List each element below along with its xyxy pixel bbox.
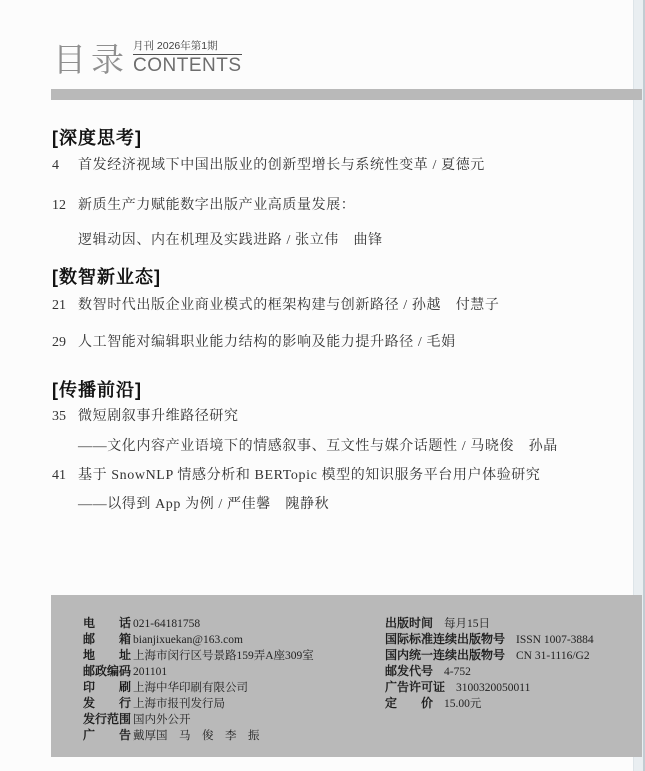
colophon-row-price: 定 价15.00元 <box>385 695 594 711</box>
colophon-row-email: 邮 箱bianjixuekan@163.com <box>83 631 314 647</box>
colophon-label: 发 行 <box>83 695 133 711</box>
article-subtitle: ——文化内容产业语境下的情感叙事、互文性与媒介话题性 / 马晓俊 孙晶 <box>78 439 558 454</box>
contents-page: 目录 月刊 2026年第1期 CONTENTS [深度思考] 4首发经济视域下中… <box>0 0 645 771</box>
colophon-value: CN 31-1116/G2 <box>516 650 590 662</box>
colophon-label: 邮发代号 <box>385 663 433 679</box>
toc-item-line: 12新质生产力赋能数字出版产业高质量发展： <box>52 197 355 215</box>
colophon-label: 邮政编码 <box>83 663 133 679</box>
colophon-row-postal-code: 邮发代号4-752 <box>385 663 594 679</box>
toc-item-line: 4首发经济视域下中国出版业的创新型增长与系统性变革 / 夏德元 <box>52 157 485 175</box>
article-title: 数智时代出版企业商业模式的框架构建与创新路径 / 孙越 付慧子 <box>78 298 500 313</box>
colophon-value: 戴厚国 马 俊 李 振 <box>133 730 260 742</box>
article-subtitle: 逻辑动因、内在机理及实践进路 / 张立伟 曲锋 <box>78 233 383 248</box>
colophon-value: 021-64181758 <box>133 618 200 630</box>
article-title: 首发经济视域下中国出版业的创新型增长与系统性变革 / 夏德元 <box>78 158 485 173</box>
colophon-row-distributor: 发 行上海市报刊发行局 <box>83 695 314 711</box>
colophon-value: bianjixuekan@163.com <box>133 634 243 646</box>
article-title: 人工智能对编辑职业能力结构的影响及能力提升路径 / 毛娟 <box>78 335 456 350</box>
colophon-row-pubdate: 出版时间每月15日 <box>385 615 594 631</box>
section-header-shendusikao: [深度思考] <box>52 128 142 148</box>
colophon-label: 电 话 <box>83 615 133 631</box>
toc-item-line: 41基于 SnowNLP 情感分析和 BERTopic 模型的知识服务平台用户体… <box>52 467 541 485</box>
colophon-row-distribution-scope: 发行范围国内外公开 <box>83 711 314 727</box>
colophon-value: 4-752 <box>444 666 471 678</box>
masthead: 目录 月刊 2026年第1期 CONTENTS <box>53 40 242 76</box>
article-title: 新质生产力赋能数字出版产业高质量发展： <box>78 198 355 213</box>
colophon-label: 出版时间 <box>385 615 433 631</box>
colophon-label: 广告许可证 <box>385 679 445 695</box>
page-number: 21 <box>52 297 78 315</box>
colophon-right-column: 出版时间每月15日 国际标准连续出版物号ISSN 1007-3884 国内统一连… <box>385 615 594 711</box>
page-number: 4 <box>52 157 78 175</box>
colophon-row-phone: 电 话021-64181758 <box>83 615 314 631</box>
toc-item-line: 21数智时代出版企业商业模式的框架构建与创新路径 / 孙越 付慧子 <box>52 297 500 315</box>
colophon-label: 地 址 <box>83 647 133 663</box>
colophon-value: 上海市闵行区号景路159弄A座309室 <box>133 650 314 662</box>
section-header-shuzhixinyetai: [数智新业态] <box>52 267 161 287</box>
toc-item-line: 29人工智能对编辑职业能力结构的影响及能力提升路径 / 毛娟 <box>52 334 456 352</box>
colophon-row-issn: 国际标准连续出版物号ISSN 1007-3884 <box>385 631 594 647</box>
colophon-row-ad-license: 广告许可证3100320050011 <box>385 679 594 695</box>
colophon-value: 15.00元 <box>444 698 481 710</box>
colophon-label: 发行范围 <box>83 711 133 727</box>
colophon-value: 国内外公开 <box>133 714 191 726</box>
colophon-label: 定 价 <box>385 695 433 711</box>
section-header-chuanboqianyan: [传播前沿] <box>52 380 142 400</box>
toc-item-line-continuation: ——以得到 App 为例 / 严佳馨 隗静秋 <box>52 496 329 514</box>
colophon-label: 广 告 <box>83 727 133 743</box>
colophon-left-column: 电 话021-64181758 邮 箱bianjixuekan@163.com … <box>83 615 314 743</box>
colophon-label: 国内统一连续出版物号 <box>385 647 505 663</box>
article-subtitle: ——以得到 App 为例 / 严佳馨 隗静秋 <box>78 497 329 512</box>
colophon-box: 电 话021-64181758 邮 箱bianjixuekan@163.com … <box>51 595 642 757</box>
divider-bar <box>51 89 642 100</box>
contents-title-en: CONTENTS <box>133 56 242 75</box>
colophon-value: 3100320050011 <box>456 682 530 694</box>
toc-item-line-continuation: ——文化内容产业语境下的情感叙事、互文性与媒介话题性 / 马晓俊 孙晶 <box>52 438 558 456</box>
contents-title-cn: 目录 <box>53 43 129 76</box>
colophon-value: 上海中华印刷有限公司 <box>133 682 248 694</box>
colophon-label: 印 刷 <box>83 679 133 695</box>
colophon-value: ISSN 1007-3884 <box>516 634 594 646</box>
colophon-row-advertising: 广 告戴厚国 马 俊 李 振 <box>83 727 314 743</box>
colophon-row-printer: 印 刷上海中华印刷有限公司 <box>83 679 314 695</box>
page-number: 12 <box>52 197 78 215</box>
colophon-row-cn: 国内统一连续出版物号CN 31-1116/G2 <box>385 647 594 663</box>
colophon-label: 邮 箱 <box>83 631 133 647</box>
colophon-label: 国际标准连续出版物号 <box>385 631 505 647</box>
colophon-row-postcode: 邮政编码201101 <box>83 663 314 679</box>
toc-item-line: 35微短剧叙事升维路径研究 <box>52 408 239 426</box>
colophon-value: 每月15日 <box>444 618 490 630</box>
page-number: 29 <box>52 334 78 352</box>
toc-item-line-continuation: 逻辑动因、内在机理及实践进路 / 张立伟 曲锋 <box>52 232 383 250</box>
page-number: 35 <box>52 408 78 426</box>
article-title: 微短剧叙事升维路径研究 <box>78 409 239 424</box>
colophon-row-address: 地 址上海市闵行区号景路159弄A座309室 <box>83 647 314 663</box>
article-title: 基于 SnowNLP 情感分析和 BERTopic 模型的知识服务平台用户体验研… <box>78 468 541 483</box>
page-number: 41 <box>52 467 78 485</box>
masthead-side: 月刊 2026年第1期 CONTENTS <box>133 40 242 76</box>
colophon-value: 201101 <box>133 666 167 678</box>
colophon-value: 上海市报刊发行局 <box>133 698 225 710</box>
issue-line: 月刊 2026年第1期 <box>133 40 242 55</box>
